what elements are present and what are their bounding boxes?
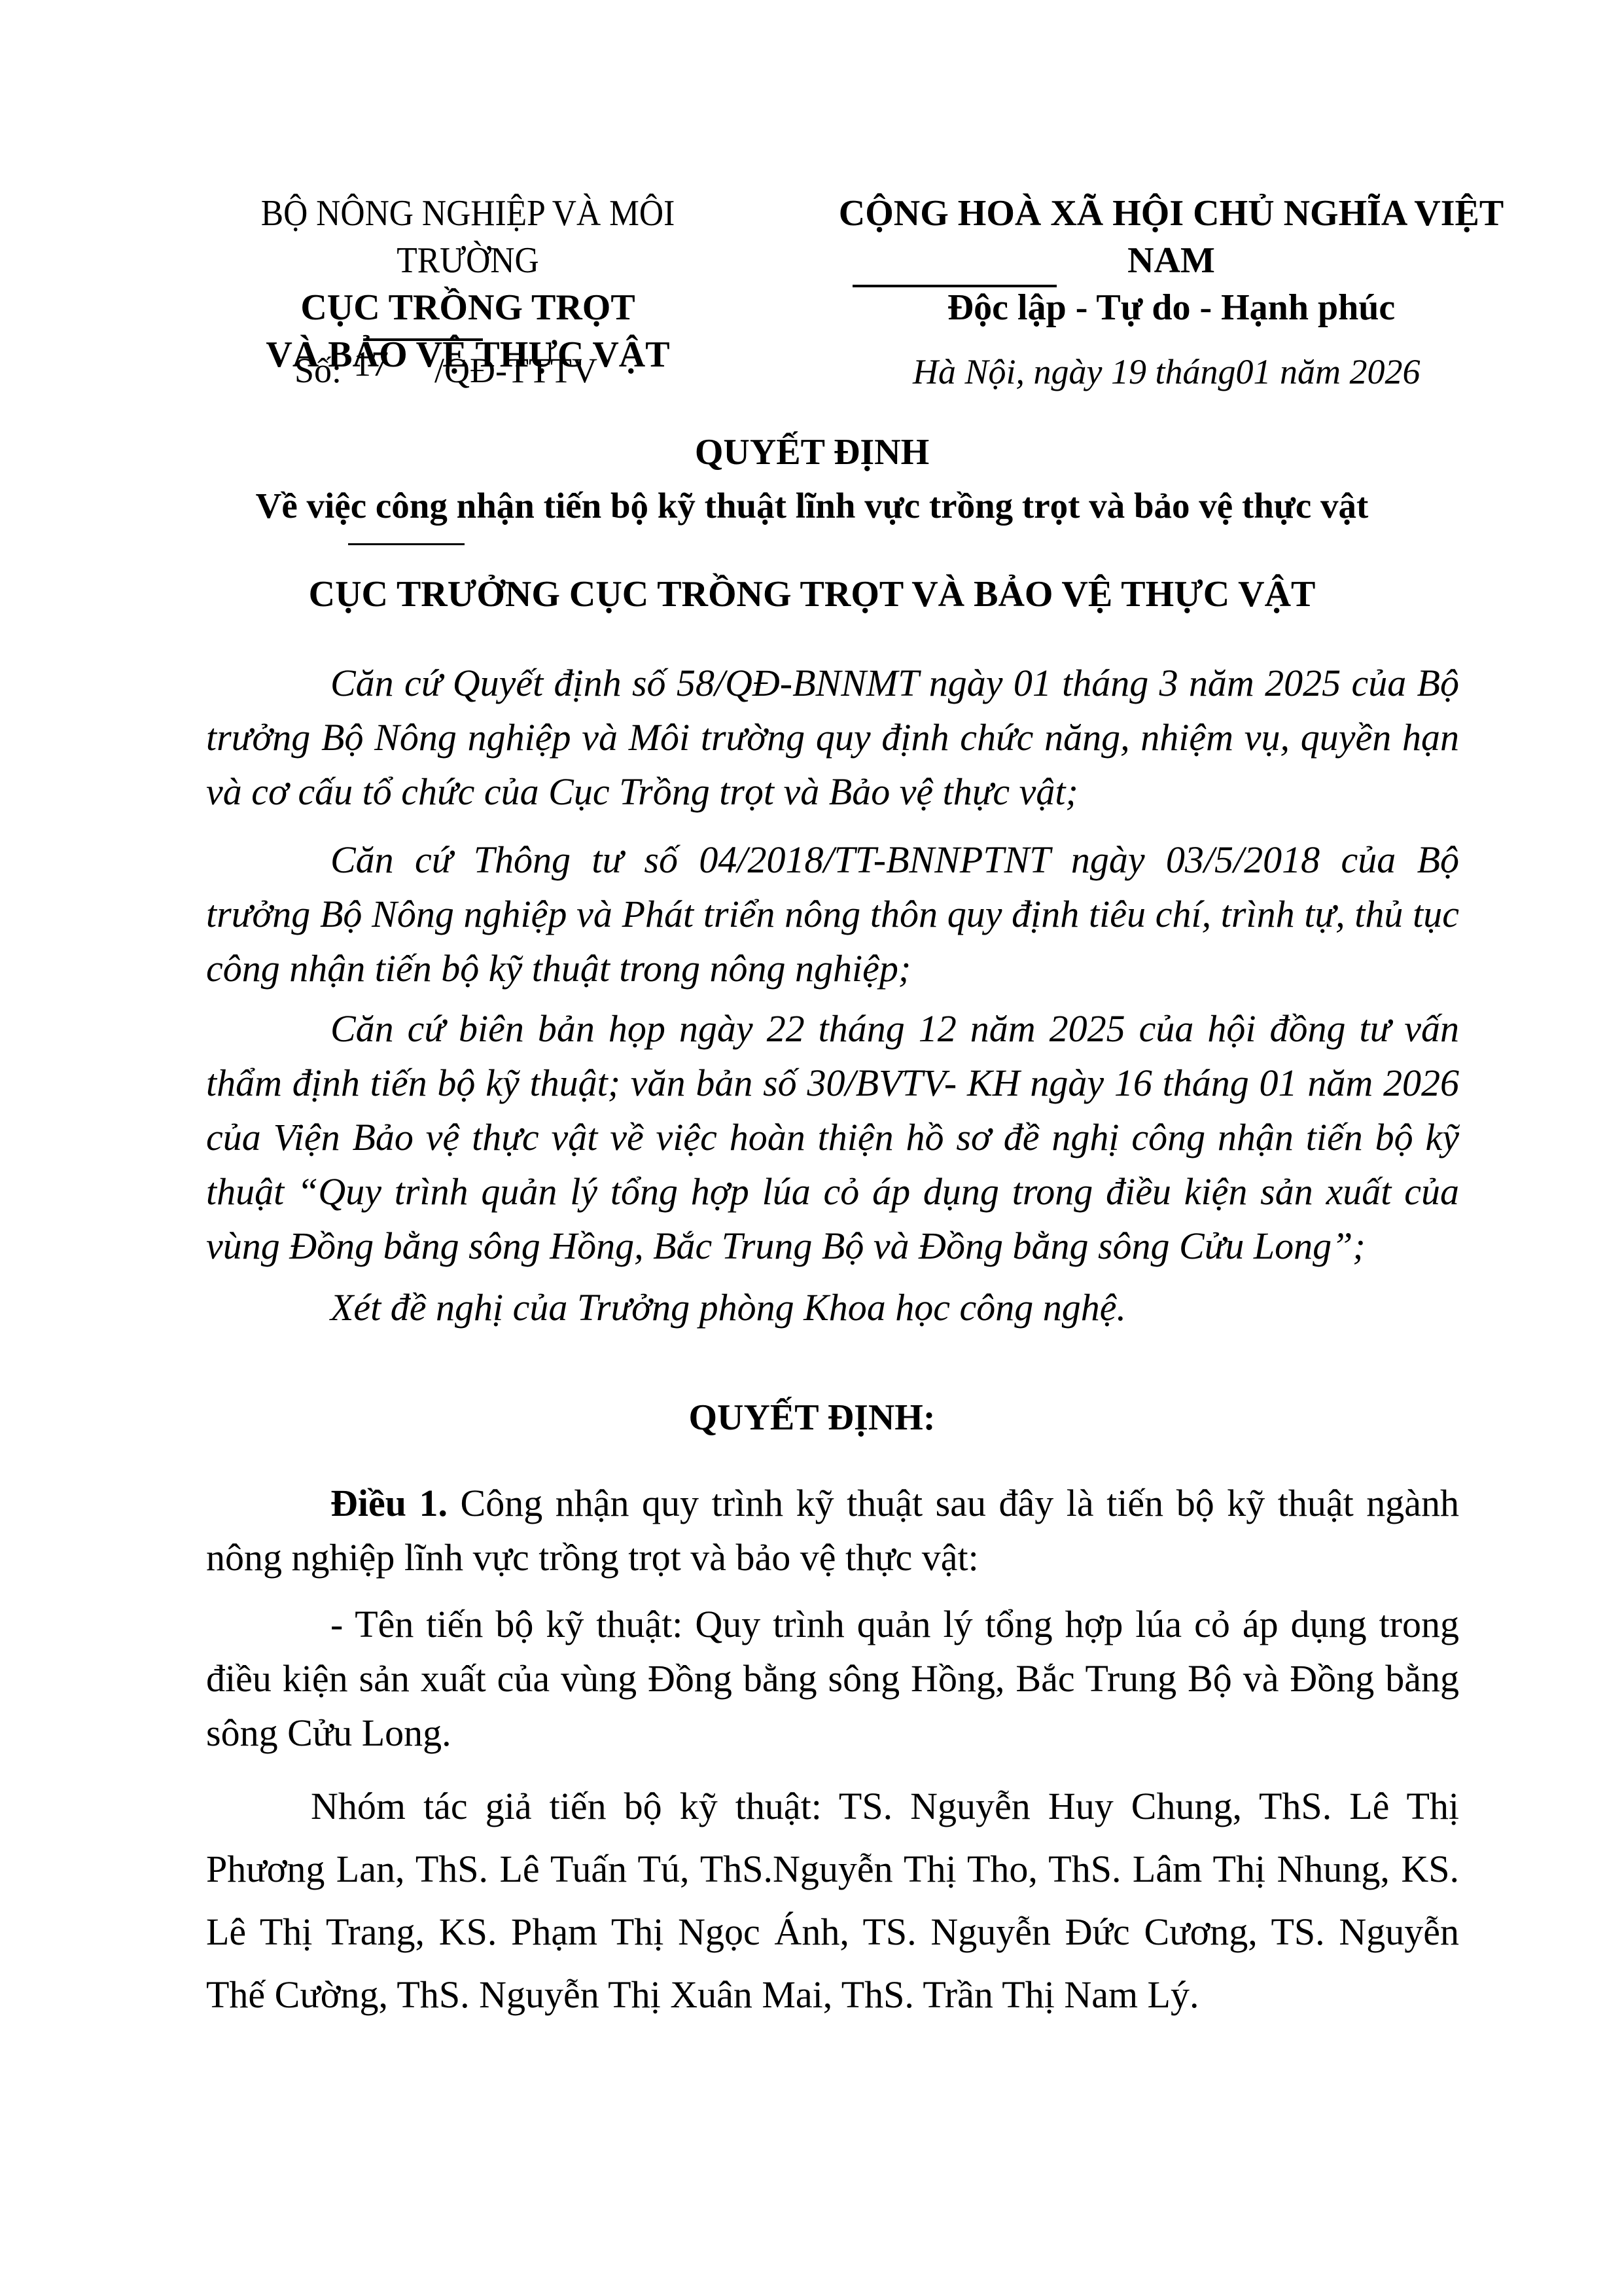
preamble-paragraph: Căn cứ Quyết định số 58/QĐ-BNNMT ngày 01… [206,656,1459,819]
article-1-label: Điều 1. [330,1482,448,1524]
national-motto: Độc lập - Tự do - Hạnh phúc [795,284,1547,331]
issuing-authority: CỤC TRƯỞNG CỤC TRỒNG TRỌT VÀ BẢO VỆ THỰC… [0,571,1624,618]
number-suffix: /QĐ-TTTV [434,351,597,390]
subject-underline [348,543,465,545]
document-page: BỘ NÔNG NGHIỆP VÀ MÔI TRƯỜNG CỤC TRỒNG T… [0,0,1624,2296]
preamble-paragraph: Căn cứ Thông tư số 04/2018/TT-BNNPTNT ng… [206,833,1459,996]
national-title-block: CỘNG HOÀ XÃ HỘI CHỦ NGHĨA VIỆT NAM Độc l… [795,190,1547,331]
agency-name-line1: CỤC TRỒNG TRỌT [164,284,772,331]
preamble-paragraph: Căn cứ biên bản họp ngày 22 tháng 12 năm… [206,1001,1459,1273]
decision-subject: Về việc công nhận tiến bộ kỹ thuật lĩnh … [0,482,1624,529]
preamble-paragraph: Xét đề nghị của Trưởng phòng Khoa học cô… [206,1280,1459,1335]
number-value: 17 [353,344,389,384]
article-1-authors: Nhóm tác giả tiến bộ kỹ thuật: TS. Nguyễ… [206,1775,1459,2026]
motto-underline [853,285,1057,287]
article-1-paragraph: Điều 1. Công nhận quy trình kỹ thuật sau… [206,1476,1459,1585]
issuer-underline [363,338,483,341]
article-1-item-name: - Tên tiến bộ kỹ thuật: Quy trình quản l… [206,1597,1459,1760]
country-name: CỘNG HOÀ XÃ HỘI CHỦ NGHĨA VIỆT NAM [795,190,1547,284]
ministry-name: BỘ NÔNG NGHIỆP VÀ MÔI TRƯỜNG [188,190,748,284]
decision-heading: QUYẾT ĐỊNH: [0,1394,1624,1441]
number-label: Số: [294,351,342,390]
document-number: Số:17/QĐ-TTTV [294,347,597,394]
decision-title: QUYẾT ĐỊNH [0,429,1624,476]
place-date: Hà Nội, ngày 19 tháng01 năm 2026 [913,348,1421,395]
